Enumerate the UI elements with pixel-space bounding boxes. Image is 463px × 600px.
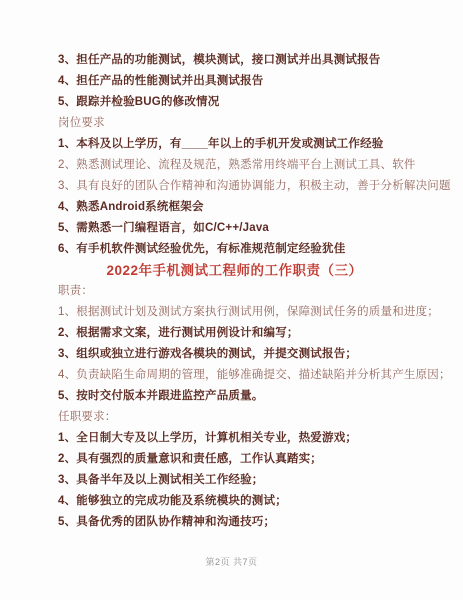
page-footer: 第2页 共7页	[0, 555, 463, 568]
list-item: 3、担任产品的功能测试，模块测试，接口测试并出具测试报告	[58, 50, 443, 71]
document-page: 3、担任产品的功能测试，模块测试，接口测试并出具测试报告4、担任产品的性能测试并…	[0, 0, 463, 600]
list-item: 1、根据测试计划及测试方案执行测试用例，保障测试任务的质量和进度；	[58, 302, 443, 323]
list-item: 5、具备优秀的团队协作精神和沟通技巧；	[58, 512, 443, 533]
list-item: 1、全日制大专及以上学历，计算机相关专业，热爱游戏；	[58, 428, 443, 449]
list-item: 5、按时交付版本并跟进监控产品质量。	[58, 386, 443, 407]
list-item: 1、本科及以上学历，有____年以上的手机开发或测试工作经验	[58, 134, 443, 155]
page-number: 第2页 共7页	[205, 557, 257, 567]
list-item: 3、具备半年及以上测试相关工作经验；	[58, 470, 443, 491]
section-heading: 职责：	[58, 281, 443, 302]
document-title: 2022年手机测试工程师的工作职责（三）	[42, 260, 427, 281]
list-item: 4、负责缺陷生命周期的管理，能够准确提交、描述缺陷并分析其产生原因；	[58, 365, 443, 386]
list-item: 3、具有良好的团队合作精神和沟通协调能力，积极主动，善于分析解决问题	[58, 176, 443, 197]
section-heading: 任职要求：	[58, 407, 443, 428]
list-item: 4、熟悉Android系统框架会	[58, 197, 443, 218]
list-item: 4、担任产品的性能测试并出具测试报告	[58, 71, 443, 92]
document-content: 3、担任产品的功能测试，模块测试，接口测试并出具测试报告4、担任产品的性能测试并…	[58, 50, 443, 533]
list-item: 2、熟悉测试理论、流程及规范，熟悉常用终端平台上测试工具、软件	[58, 155, 443, 176]
list-item: 6、有手机软件测试经验优先，有标准规范制定经验犹佳	[58, 239, 443, 260]
list-item: 3、组织或独立进行游戏各模块的测试，并提交测试报告；	[58, 344, 443, 365]
list-item: 2、根据需求文案，进行测试用例设计和编写；	[58, 323, 443, 344]
list-item: 5、需熟悉一门编程语言，如C/C++/Java	[58, 218, 443, 239]
list-item: 2、具有强烈的质量意识和责任感，工作认真踏实；	[58, 449, 443, 470]
section-heading: 岗位要求	[58, 113, 443, 134]
list-item: 4、能够独立的完成功能及系统模块的测试；	[58, 491, 443, 512]
list-item: 5、跟踪并检验BUG的修改情况	[58, 92, 443, 113]
